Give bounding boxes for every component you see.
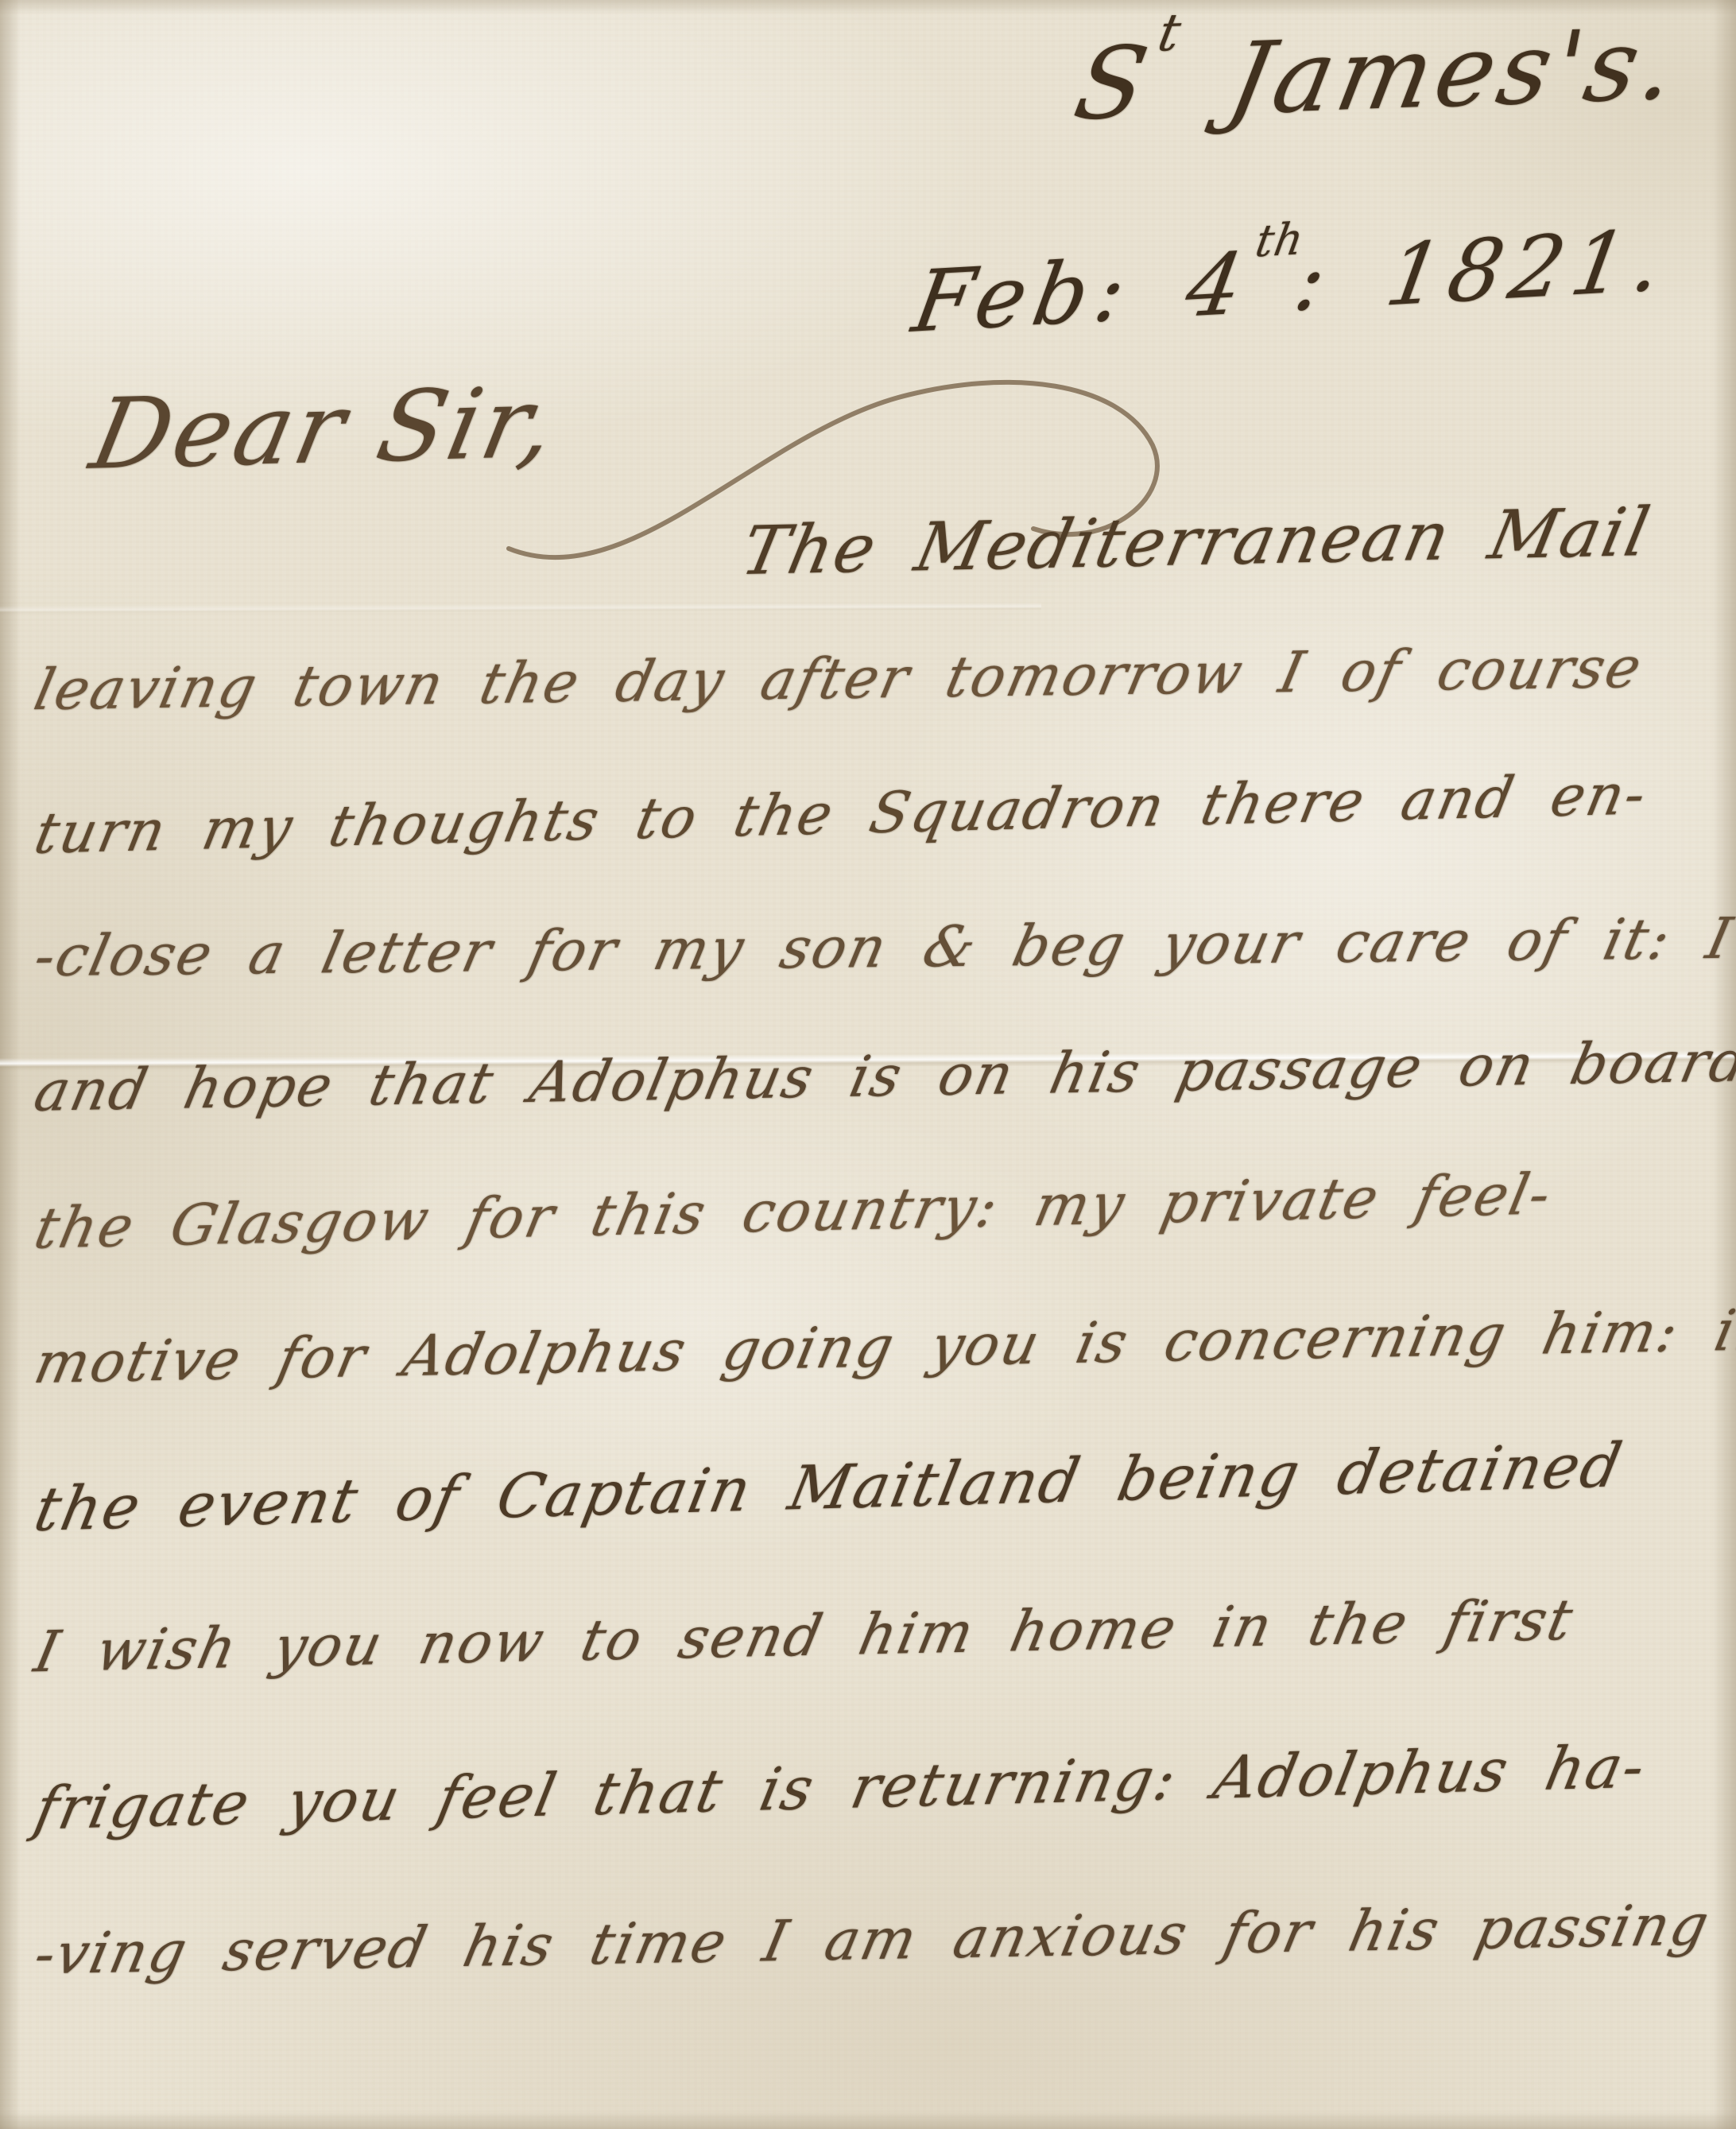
paper-edge-top: [0, 0, 1736, 14]
body-line: The Mediterranean Mail: [742, 493, 1650, 590]
body-line: leaving town the day after tomorrow I of…: [36, 634, 1643, 723]
place-prefix: S: [1066, 25, 1161, 142]
place-line: St James's.: [1075, 7, 1680, 142]
body-line: and hope that Adolphus is on his passage…: [35, 1028, 1736, 1124]
place-rest: James's.: [1160, 6, 1690, 139]
body-line: motive for Adolphus going you is concern…: [35, 1297, 1736, 1396]
body-line: turn my thoughts to the Squadron there a…: [35, 761, 1647, 866]
paper-edge-bottom: [0, 2112, 1736, 2129]
letter-page: St James's. Feb: 4th: 1821. Dear Sir, Th…: [0, 0, 1736, 2129]
date-line: Feb: 4th: 1821.: [913, 211, 1672, 351]
body-line: -close a letter for my son & beg your ca…: [36, 902, 1736, 989]
date-rest: : 1821.: [1288, 211, 1677, 331]
body-line: the event of Captain Maitland being deta…: [35, 1429, 1623, 1545]
fold-crease-faint: [0, 603, 1041, 615]
date-prefix: Feb: 4: [906, 234, 1257, 351]
date-superscript: th: [1252, 212, 1308, 266]
body-line: frigate you feel that is returning: Adol…: [35, 1733, 1646, 1844]
body-line: I wish you now to send him home in the f…: [35, 1587, 1574, 1685]
salutation: Dear Sir,: [92, 366, 558, 491]
body-line: -ving served his time I am anxious for h…: [35, 1892, 1709, 1987]
body-line: the Glasgow for this country: my private…: [35, 1161, 1552, 1261]
